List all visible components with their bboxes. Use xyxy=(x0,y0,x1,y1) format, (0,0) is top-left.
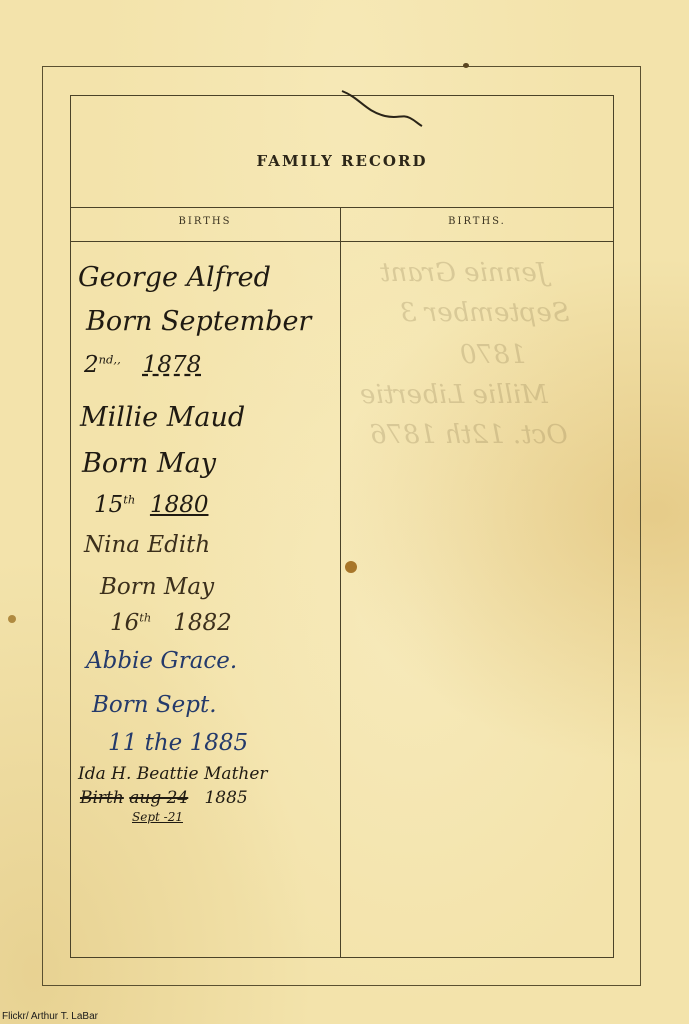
entry-name: Nina Edith xyxy=(84,532,210,558)
ink-stain xyxy=(8,615,16,623)
bleed-through-line: September 3 xyxy=(400,298,570,328)
ink-stain xyxy=(463,63,469,68)
column-divider xyxy=(340,207,341,957)
bleed-through-line: Oct. 12th 1876 xyxy=(370,420,568,450)
entry-name: George Alfred xyxy=(78,262,271,293)
page-title: FAMILY RECORD xyxy=(70,152,614,170)
entry-date: 11 the 1885 xyxy=(108,730,248,756)
header-bottom-rule xyxy=(70,241,614,242)
entry-date: 2nd,, 1878 xyxy=(84,352,201,378)
entry-born-label: Born Sept. xyxy=(92,692,217,718)
ink-stain xyxy=(345,561,357,573)
entry-born-label: Born May xyxy=(100,574,214,600)
entry-date: 16th 1882 xyxy=(110,610,232,636)
column-heading-right: BIRTHS. xyxy=(340,216,614,227)
bleed-through-line: Jennie Grant xyxy=(380,258,547,288)
entry-date: 15th 1880 xyxy=(94,492,208,518)
entry-name: Abbie Grace. xyxy=(86,648,237,674)
entry-name: Millie Maud xyxy=(80,402,245,433)
entry-corrected-date: Sept -21 xyxy=(132,810,183,824)
entry-born-label: Born September xyxy=(86,306,311,337)
paper-crack-mark xyxy=(340,86,430,131)
bleed-through-line: Millie Libertie xyxy=(360,380,548,410)
entry-name: Ida H. Beattie Mather xyxy=(78,764,268,784)
photo-credit: Flickr/ Arthur T. LaBar xyxy=(2,1011,98,1022)
entry-born-label: Born May xyxy=(82,448,216,479)
column-heading-left: BIRTHS xyxy=(70,216,340,227)
header-top-rule xyxy=(70,207,614,208)
bleed-through-line: 1870 xyxy=(460,340,526,370)
entry-date: Birth aug 24 1885 xyxy=(80,788,248,808)
